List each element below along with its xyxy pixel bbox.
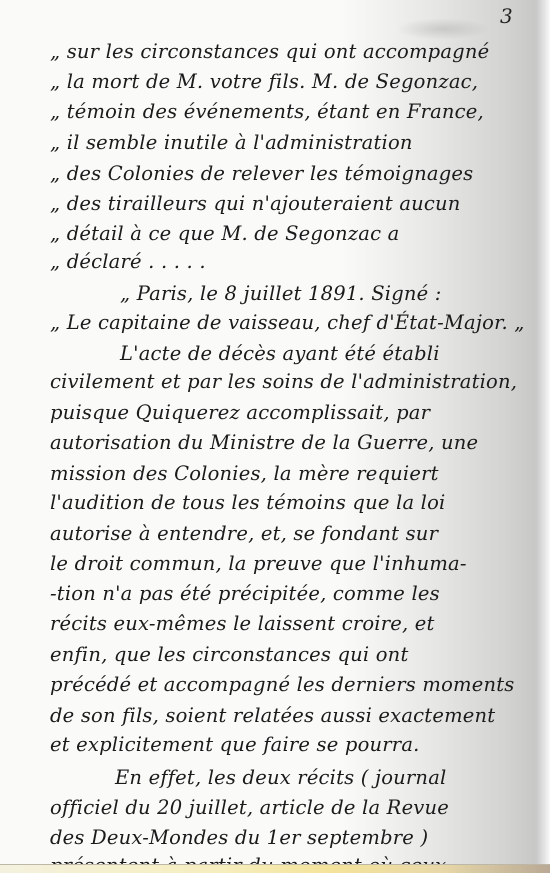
page-edge-shadow [535, 0, 550, 873]
text-line: „ des tirailleurs qui n'ajouteraient auc… [50, 192, 461, 216]
signature-date-line: „ Paris, le 8 juillet 1891. Signé : [120, 282, 442, 306]
manuscript-page: 3 „ sur les circonstances qui ont accomp… [0, 0, 550, 873]
text-line: „ déclaré . . . . . [50, 250, 206, 274]
paragraph-start: L'acte de décès ayant été établi [120, 342, 440, 366]
text-line: précédé et accompagné les derniers momen… [50, 673, 514, 697]
text-line: de son fils, soient relatées aussi exact… [50, 704, 495, 728]
text-line: -tion n'a pas été précipitée, comme les [50, 582, 440, 606]
scan-bottom-edge [0, 864, 550, 873]
page-number: 3 [500, 4, 513, 28]
text-line: autorise à entendre, et, se fondant sur [50, 522, 438, 546]
signature-title-line: „ Le capitaine de vaisseau, chef d'État-… [50, 311, 525, 335]
text-line: „ détail à ce que M. de Segonzac a [50, 222, 399, 246]
text-line: officiel du 20 juillet, article de la Re… [50, 796, 449, 820]
text-line: mission des Colonies, la mère requiert [50, 462, 439, 486]
text-line: puisque Quiquerez accomplissait, par [50, 401, 430, 425]
text-line: civilement et par les soins de l'adminis… [50, 370, 517, 394]
text-line: „ sur les circonstances qui ont accompag… [50, 40, 489, 64]
paragraph-start: En effet, les deux récits ( journal [115, 766, 446, 790]
text-line: enfin, que les circonstances qui ont [50, 643, 408, 667]
text-line: et explicitement que faire se pourra. [50, 733, 420, 757]
text-line: autorisation du Ministre de la Guerre, u… [50, 431, 478, 455]
ink-smudge [395, 18, 490, 40]
text-line: récits eux-mêmes le laissent croire, et [50, 612, 435, 636]
text-line: „ il semble inutile à l'administration [50, 131, 413, 155]
text-line: „ la mort de M. votre fils. M. de Segonz… [50, 70, 478, 94]
text-line: „ des Colonies de relever les témoignage… [50, 162, 473, 186]
text-line: „ témoin des événements, étant en France… [50, 100, 484, 124]
text-line: le droit commun, la preuve que l'inhuma- [50, 552, 467, 576]
text-line: des Deux-Mondes du 1er septembre ) [50, 826, 428, 850]
text-line: l'audition de tous les témoins que la lo… [50, 491, 445, 515]
